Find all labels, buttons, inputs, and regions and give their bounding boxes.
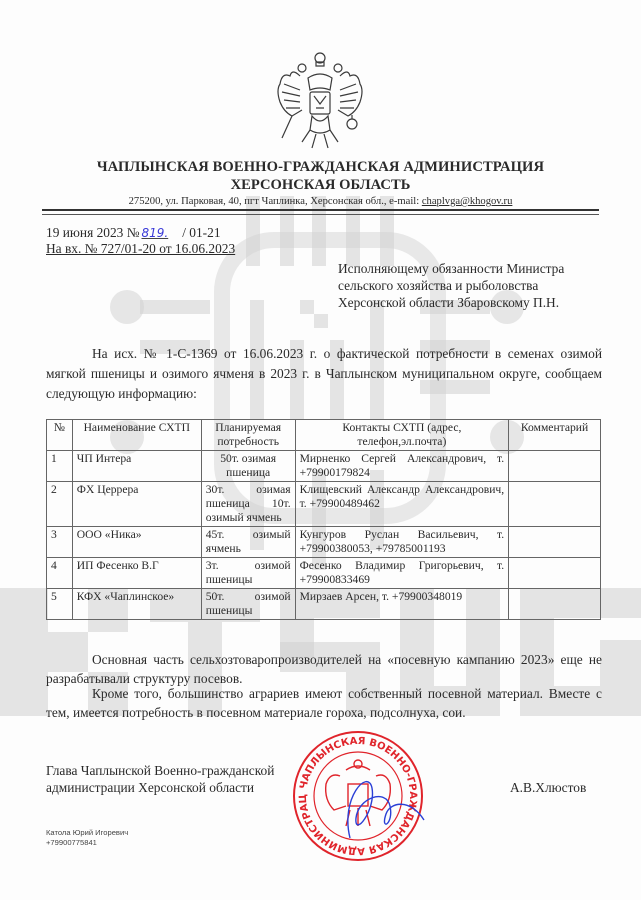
addressee-line: сельского хозяйства и рыболовства <box>338 277 608 294</box>
body-paragraph-1: Основная часть сельхозтоваропроизводител… <box>46 650 602 688</box>
cell-comment <box>509 589 601 620</box>
cell-number: 3 <box>47 527 73 558</box>
seed-needs-table: № Наименование СХТП Планируемая потребно… <box>46 419 601 620</box>
intro-paragraph: На исх. № 1-С-1369 от 16.06.2023 г. о фа… <box>46 344 602 404</box>
coat-of-arms-emblem <box>272 50 368 158</box>
cell-need: 45т. озимый ячмень <box>201 527 295 558</box>
addressee-block: Исполняющему обязанности Министра сельск… <box>338 260 608 311</box>
cell-contact: Кунгуров Руслан Васильевич, т. +79900380… <box>295 527 509 558</box>
executor-name: Катола Юрий Игоревич <box>46 828 128 838</box>
table-header-row: № Наименование СХТП Планируемая потребно… <box>47 420 601 451</box>
signatory-position: Глава Чаплынской Военно-гражданской адми… <box>46 762 274 796</box>
organization-address: 275200, ул. Парковая, 40, пгт Чаплинка, … <box>0 195 641 208</box>
cell-comment <box>509 482 601 527</box>
column-header-need: Планируемая потребность <box>201 420 295 451</box>
cell-name: ООО «Ника» <box>72 527 201 558</box>
cell-name: КФХ «Чаплинское» <box>72 589 201 620</box>
table-row: 4 ИП Фесенко В.Г 3т. озимой пшеницы Фесе… <box>47 558 601 589</box>
cell-contact: Фесенко Владимир Григорьевич, т. +799008… <box>295 558 509 589</box>
registration-date: 19 июня 2023 № <box>46 225 140 240</box>
column-header-name: Наименование СХТП <box>72 420 201 451</box>
cell-number: 4 <box>47 558 73 589</box>
signatory-position-line: администрации Херсонской области <box>46 779 274 796</box>
watermark-shape <box>0 588 48 716</box>
table-row: 1 ЧП Интера 50т. озимая пшеница Мирненко… <box>47 451 601 482</box>
addressee-line: Херсонской области Збаровскому П.Н. <box>338 294 608 311</box>
table-row: 5 КФХ «Чаплинское» 50т. озимой пшеницы М… <box>47 589 601 620</box>
inbox-reference: На вх. № 727/01-20 от 16.06.2023 <box>46 241 235 257</box>
watermark-shape <box>140 300 210 314</box>
signatory-position-line: Глава Чаплынской Военно-гражданской <box>46 762 274 779</box>
header-divider-thick <box>42 209 599 211</box>
handwritten-registration-number: 819. <box>140 226 183 240</box>
cell-name: ФХ Церрера <box>72 482 201 527</box>
organization-region: ХЕРСОНСКАЯ ОБЛАСТЬ <box>0 176 641 194</box>
cell-need: 30т. озимая пшеница 10т. озимый ячмень <box>201 482 295 527</box>
cell-comment <box>509 451 601 482</box>
cell-need: 50т. озимая пшеница <box>201 451 295 482</box>
cell-need: 3т. озимой пшеницы <box>201 558 295 589</box>
cell-number: 5 <box>47 589 73 620</box>
table-row: 3 ООО «Ника» 45т. озимый ячмень Кунгуров… <box>47 527 601 558</box>
column-header-contacts: Контакты СХТП (адрес, телефон,эл.почта) <box>295 420 509 451</box>
cell-name: ЧП Интера <box>72 451 201 482</box>
watermark-shape <box>314 314 328 328</box>
cell-contact: Клищевский Александр Александрович, т. +… <box>295 482 509 527</box>
executor-phone: +79900775841 <box>46 838 128 848</box>
watermark-shape <box>600 640 641 686</box>
registration-line: 19 июня 2023 №819./ 01-21 <box>46 225 221 241</box>
column-header-number: № <box>47 420 73 451</box>
addressee-line: Исполняющему обязанности Министра <box>338 260 608 277</box>
cell-name: ИП Фесенко В.Г <box>72 558 201 589</box>
cell-need: 50т. озимой пшеницы <box>201 589 295 620</box>
signatory-name: А.В.Хлюстов <box>510 779 586 796</box>
registration-suffix: / 01-21 <box>182 225 220 240</box>
body-paragraph-2: Кроме того, большинство аграриев имеют с… <box>46 684 602 722</box>
table-row: 2 ФХ Церрера 30т. озимая пшеница 10т. оз… <box>47 482 601 527</box>
watermark-shape <box>110 290 144 324</box>
official-stamp-icon: ЧАПЛЫНСКАЯ ВОЕННО-ГРАЖДАНСКАЯ АДМИНИСТРА… <box>290 728 426 864</box>
cell-comment <box>509 527 601 558</box>
watermark-shape <box>300 300 314 314</box>
cell-contact: Мирзаев Арсен, т. +79900348019 <box>295 589 509 620</box>
address-text: 275200, ул. Парковая, 40, пгт Чаплинка, … <box>129 196 422 207</box>
header-divider-thin <box>42 214 599 215</box>
email-link[interactable]: chaplvga@khogov.ru <box>422 196 513 207</box>
organization-title: ЧАПЛЫНСКАЯ ВОЕННО-ГРАЖДАНСКАЯ АДМИНИСТРА… <box>0 158 641 176</box>
executor-contact: Катола Юрий Игоревич +79900775841 <box>46 828 128 848</box>
cell-contact: Мирненко Сергей Александрович, т. +79900… <box>295 451 509 482</box>
column-header-comment: Комментарий <box>509 420 601 451</box>
cell-number: 2 <box>47 482 73 527</box>
cell-comment <box>509 558 601 589</box>
cell-number: 1 <box>47 451 73 482</box>
